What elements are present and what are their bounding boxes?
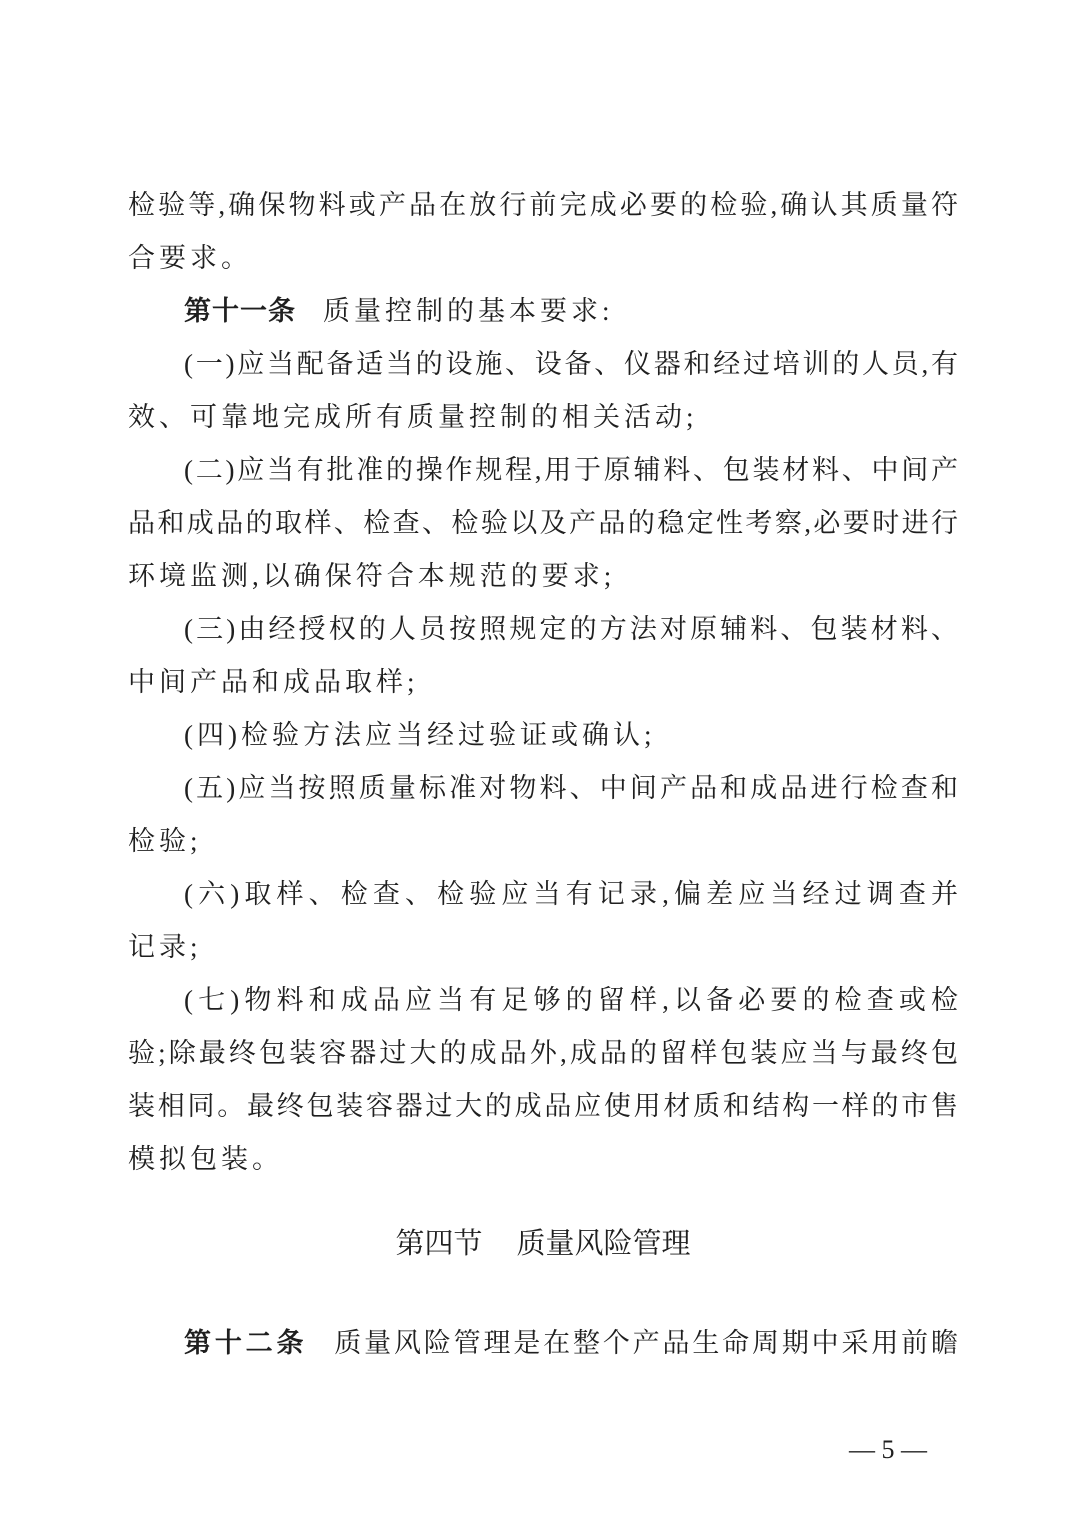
article-number: 第十一条	[184, 296, 296, 326]
line-text: 质量风险管理是在整个产品生命周期中采用前瞻	[334, 1328, 958, 1358]
text-line: 合要求。	[128, 232, 958, 285]
text-line: (四)检验方法应当经过验证或确认;	[128, 709, 958, 762]
text-line: (六)取样、检查、检验应当有记录,偏差应当经过调查并	[128, 868, 958, 921]
text-line: 效、可靠地完成所有质量控制的相关活动;	[128, 391, 958, 444]
text-line: 记录;	[128, 921, 958, 974]
text-line: (七)物料和成品应当有足够的留样,以备必要的检查或检	[128, 974, 958, 1027]
text-line: 环境监测,以确保符合本规范的要求;	[128, 550, 958, 603]
text-line: 装相同。最终包装容器过大的成品应使用材质和结构一样的市售	[128, 1080, 958, 1133]
text-line: 模拟包装。	[128, 1133, 958, 1186]
text-line: (二)应当有批准的操作规程,用于原辅料、包装材料、中间产	[128, 444, 958, 497]
text-line: 中间产品和成品取样;	[128, 656, 958, 709]
text-line: (五)应当按照质量标准对物料、中间产品和成品进行检查和	[128, 762, 958, 815]
text-line: 检验;	[128, 815, 958, 868]
section-title: 质量风险管理	[517, 1228, 691, 1260]
text-line: 第十二条质量风险管理是在整个产品生命周期中采用前瞻	[128, 1317, 958, 1370]
article-number: 第十二条	[184, 1328, 307, 1358]
line-text: 质量控制的基本要求:	[323, 296, 614, 326]
text-line: (三)由经授权的人员按照规定的方法对原辅料、包装材料、	[128, 603, 958, 656]
text-line: (一)应当配备适当的设施、设备、仪器和经过培训的人员,有	[128, 338, 958, 391]
text-line: 验;除最终包装容器过大的成品外,成品的留样包装应当与最终包	[128, 1027, 958, 1080]
section-heading: 第四节质量风险管理	[128, 1218, 958, 1271]
document-page: 检验等,确保物料或产品在放行前完成必要的检验,确认其质量符 合要求。 第十一条质…	[0, 0, 1080, 1527]
document-body: 检验等,确保物料或产品在放行前完成必要的检验,确认其质量符 合要求。 第十一条质…	[128, 179, 958, 1472]
text-line: 第十一条质量控制的基本要求:	[128, 285, 958, 338]
page-number: — 5 —	[128, 1428, 958, 1472]
text-line: 品和成品的取样、检查、检验以及产品的稳定性考察,必要时进行	[128, 497, 958, 550]
text-line: 检验等,确保物料或产品在放行前完成必要的检验,确认其质量符	[128, 179, 958, 232]
section-number: 第四节	[395, 1228, 482, 1260]
